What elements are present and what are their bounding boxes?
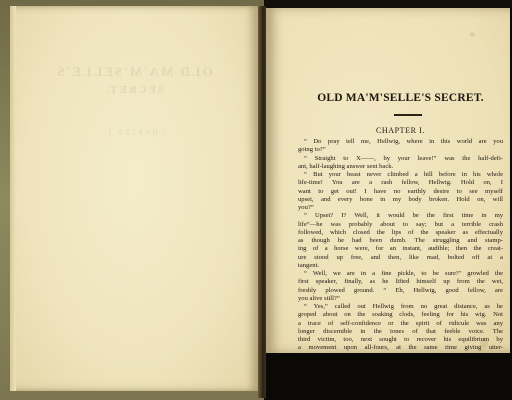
text-line: “ But your beast never climbed a hill be… <box>298 171 503 179</box>
text-line: third victim, too, next sought to recove… <box>298 336 503 344</box>
bleed-through-title-2: SECRET. <box>10 84 258 96</box>
text-line: longer discernible in the tones of that … <box>298 328 503 336</box>
text-line: a movement upon all-fours, at the same t… <box>298 344 503 352</box>
title-rule <box>394 114 422 116</box>
text-line: a trace of self-confidence or the spirit… <box>298 320 503 328</box>
text-line: tangent. <box>298 262 503 270</box>
text-line: followed, which closed the lips of the s… <box>298 229 503 237</box>
text-line: going to?” <box>298 146 503 154</box>
text-line: “ Straight to X——, by your leave!” was t… <box>298 155 503 163</box>
paper-stain <box>470 32 475 37</box>
text-line: you?” <box>298 204 503 212</box>
bleed-through-chapter: CHAPTER I. <box>10 128 258 137</box>
text-line: life”—he was probably about to say; but … <box>298 221 503 229</box>
text-line: freshly plowed ground. “ Eh, Hellwig, go… <box>298 287 503 295</box>
chapter-heading: CHAPTER I. <box>298 126 503 135</box>
text-line: ing of a horse were, for an instant, aud… <box>298 245 503 253</box>
text-line: first speaker, finally, as he lifted him… <box>298 278 503 286</box>
text-line: life-time! You are a rash fellow, Hellwi… <box>298 179 503 187</box>
text-line: “ Do pray tell me, Hellwig, where in thi… <box>298 138 503 146</box>
text-line: ant, half-laughing answer sent back. <box>298 163 503 171</box>
text-line: want to get out! I have no earthly desir… <box>298 188 503 196</box>
left-page: OLD MA'M'SELLE'S SECRET. CHAPTER I. <box>10 6 258 391</box>
book-title: OLD MA'M'SELLE'S SECRET. <box>298 92 503 104</box>
book-spread: OLD MA'M'SELLE'S SECRET. CHAPTER I. OLD … <box>0 0 512 400</box>
right-page: OLD MA'M'SELLE'S SECRET. CHAPTER I. “ Do… <box>266 8 510 353</box>
text-line: groped about on the soaking clods, feeli… <box>298 311 503 319</box>
top-shadow <box>266 0 512 8</box>
text-line: you alive still?” <box>298 295 503 303</box>
text-line: as though he had been dumb. The struggli… <box>298 237 503 245</box>
text-line: ure stood up free, and then, like mad, b… <box>298 254 503 262</box>
text-line: upset, and every bone in my body broken.… <box>298 196 503 204</box>
text-line: “ Well, we are in a fine pickle, to be s… <box>298 270 503 278</box>
background-shadow <box>266 353 512 400</box>
text-line: “ Upset? I? Well, it would be the first … <box>298 212 503 220</box>
bleed-through-title: OLD MA'M'SELLE'S <box>10 64 258 80</box>
text-line: “ Yes,” called out Hellwig from no great… <box>298 303 503 311</box>
